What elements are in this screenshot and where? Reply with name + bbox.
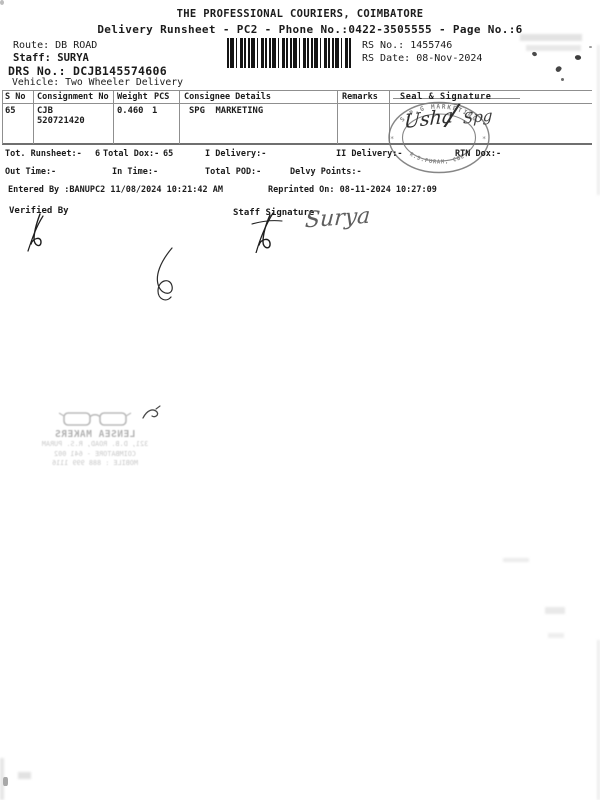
- col-header-pcs: PCS: [154, 92, 169, 102]
- cell-consignee-details: SPG MARKETING: [189, 106, 263, 116]
- ii-delivery-label: II Delivery:-: [336, 149, 403, 159]
- entered-by-text: Entered By :BANUPC2 11/08/2024 10:21:42 …: [8, 185, 223, 195]
- rs-no-line: RS No.: 1455746: [362, 40, 452, 51]
- ink-speck-3: [555, 65, 563, 73]
- total-pod-label: Total POD:-: [205, 167, 261, 177]
- rs-no-label: RS No.:: [362, 40, 404, 51]
- rs-date-label: RS Date:: [362, 53, 410, 64]
- table-vline-2: [113, 90, 114, 144]
- showthrough-stamp-name: LENSEA MAKERS: [15, 429, 175, 440]
- route-line: Route: DB ROAD: [13, 40, 97, 51]
- staff-line: Staff: SURYA: [13, 52, 89, 64]
- ink-speck-1: [531, 51, 537, 57]
- route-label: Route:: [13, 40, 49, 51]
- paper-speck-top-left: [0, 0, 4, 5]
- seal-stamp-left-star: *: [390, 135, 394, 143]
- showthrough-stamp-address-2: COIMBATORE - 641 002: [15, 450, 175, 460]
- total-dox-label: Total Dox:-: [103, 149, 159, 159]
- cell-s-no: 65: [5, 106, 16, 116]
- cell-pcs: 1: [152, 106, 157, 116]
- ink-speck-2: [574, 54, 581, 60]
- rs-date-line: RS Date: 08-Nov-2024: [362, 53, 482, 64]
- staff-handwritten-name: Surya: [304, 204, 371, 234]
- drs-label: DRS No.:: [8, 64, 66, 78]
- ink-speck-4: [561, 78, 564, 81]
- barcode: [227, 38, 353, 68]
- tot-runsheet-value: 6: [95, 149, 100, 159]
- page-title: THE PROFESSIONAL COURIERS, COIMBATORE: [0, 8, 600, 20]
- rtn-dox-label: RTN Dox:-: [455, 149, 501, 159]
- glasses-icon: [15, 410, 175, 428]
- scanned-delivery-runsheet-page: THE PROFESSIONAL COURIERS, COIMBATORE De…: [0, 0, 600, 800]
- seal-handwritten-suffix: Spg: [463, 106, 493, 127]
- ink-speck-bottom-left: [3, 777, 8, 786]
- out-time-label: Out Time:-: [5, 167, 56, 177]
- staff-label: Staff:: [13, 52, 51, 64]
- table-vline-left: [2, 90, 3, 144]
- paper-smudge-1: [503, 558, 529, 562]
- showthrough-stamp-address-1: 321, D.B. ROAD, R.S. PURAM: [15, 440, 175, 450]
- paper-smudge-top-right-2: [526, 45, 581, 51]
- vehicle-line: Vehicle: Two Wheeler Delivery: [12, 77, 183, 88]
- drs-line: DRS No.: DCJB145574606: [8, 64, 167, 78]
- table-vline-1: [33, 90, 34, 144]
- paper-smudge-bottom-left: [18, 772, 31, 779]
- rs-no-value: 1455746: [410, 40, 452, 51]
- table-bottom-border: [2, 143, 592, 145]
- paper-smudge-top-right-1: [520, 34, 582, 41]
- rs-date-value: 08-Nov-2024: [416, 53, 482, 64]
- staff-signature-mark: [249, 211, 285, 253]
- col-header-consignee-details: Consignee Details: [184, 92, 271, 102]
- drs-value: DCJB145574606: [73, 64, 167, 78]
- verified-by-signature-mark: [24, 213, 54, 253]
- col-header-s-no: S No: [5, 92, 25, 102]
- in-time-label: In Time:-: [112, 167, 158, 177]
- vehicle-label: Vehicle:: [12, 77, 59, 88]
- table-header-underline: [2, 103, 592, 104]
- vehicle-value: Two Wheeler Delivery: [65, 77, 183, 88]
- paper-smudge-3: [548, 633, 564, 638]
- showthrough-stamp: LENSEA MAKERS 321, D.B. ROAD, R.S. PURAM…: [15, 410, 175, 480]
- table-vline-3: [179, 90, 180, 144]
- col-header-remarks: Remarks: [342, 92, 378, 102]
- paper-smudge-2: [545, 607, 565, 614]
- table-vline-4: [337, 90, 338, 144]
- col-header-consignment-no: Consignment No: [37, 92, 109, 102]
- col-header-weight: Weight: [117, 92, 148, 102]
- seal-stamp-right-star: *: [482, 135, 486, 143]
- cell-consignment-no: CJB 520721420: [37, 106, 85, 126]
- page-subtitle: Delivery Runsheet - PC2 - Phone No.:0422…: [20, 23, 600, 36]
- i-delivery-label: I Delivery:-: [205, 149, 266, 159]
- tot-runsheet-label: Tot. Runsheet:-: [5, 149, 82, 159]
- staff-value: SURYA: [57, 52, 89, 64]
- ink-speck-5: [589, 46, 592, 48]
- showthrough-stamp-address-3: MOBILE : 888 999 1116: [15, 459, 175, 469]
- total-dox-value: 65: [163, 149, 173, 159]
- cell-weight: 0.460: [117, 106, 143, 116]
- delvy-points-label: Delvy Points:-: [290, 167, 362, 177]
- loop-pen-mark: [146, 246, 188, 304]
- reprinted-on-text: Reprinted On: 08-11-2024 10:27:09: [268, 185, 437, 195]
- route-value: DB ROAD: [55, 40, 97, 51]
